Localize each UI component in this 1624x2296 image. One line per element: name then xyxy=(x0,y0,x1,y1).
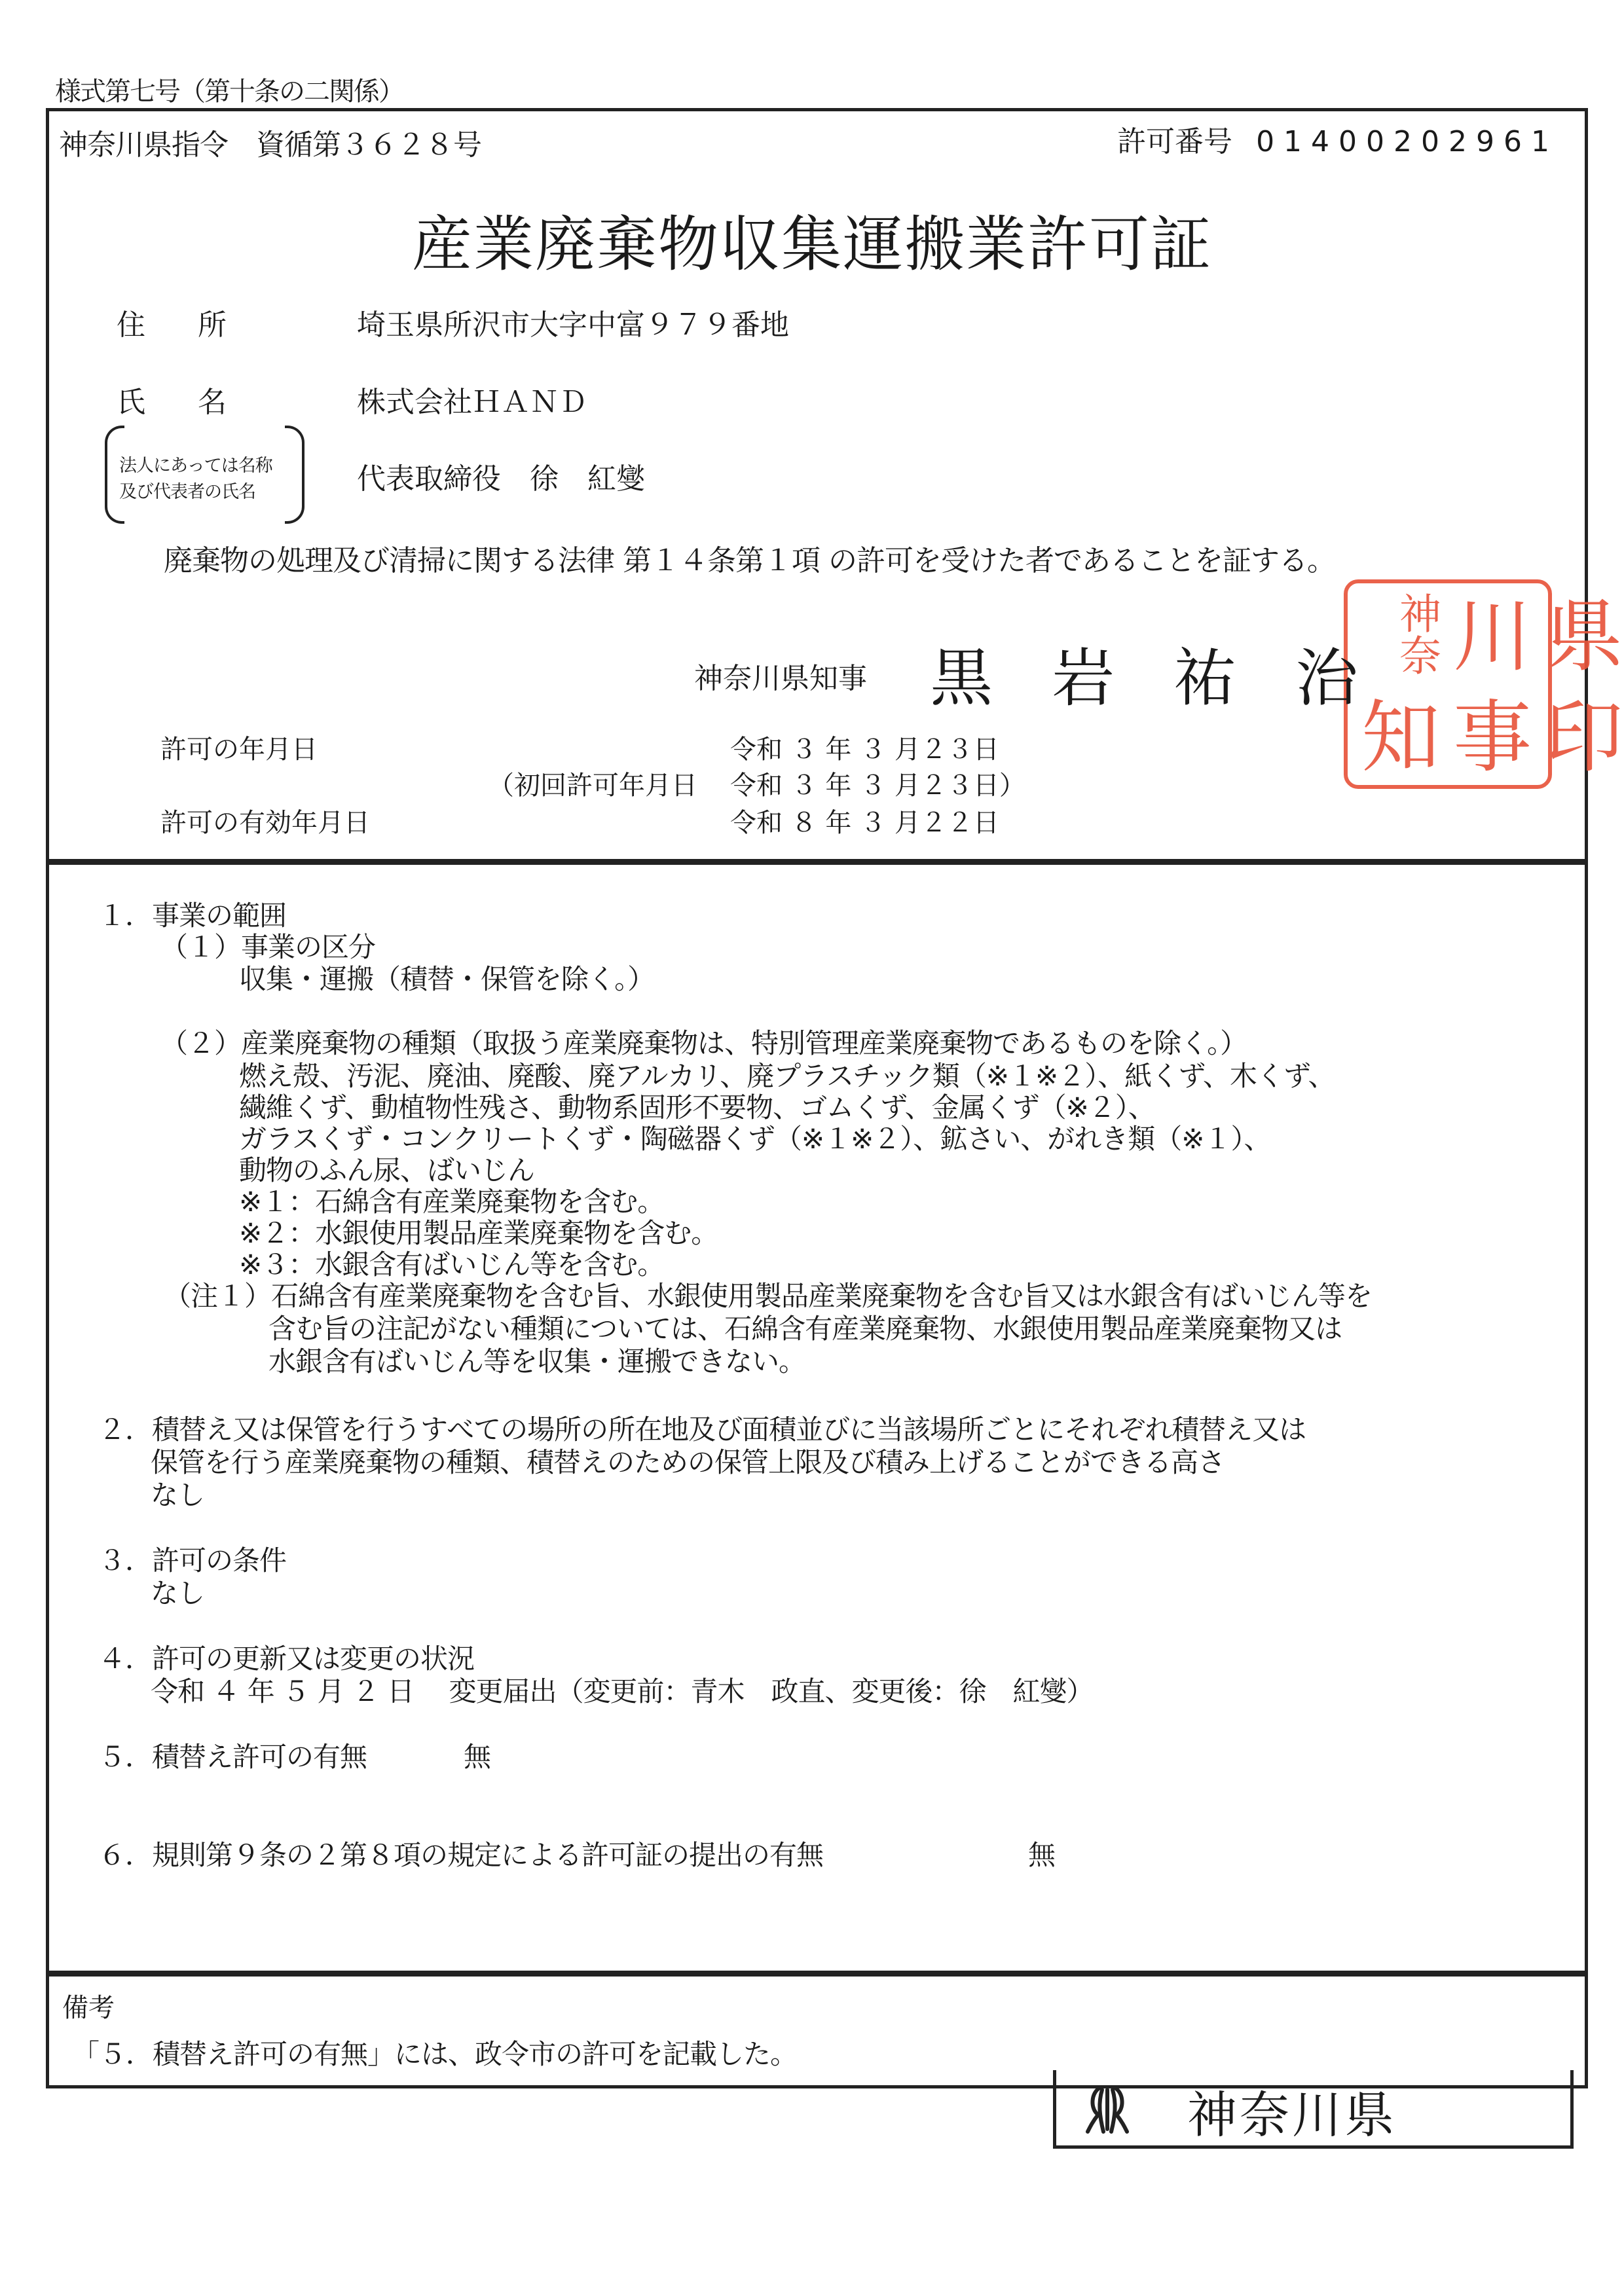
section-2-heading-line2: 保管を行う産業廃棄物の種類、積替えのための保管上限及び積み上げることができる高さ xyxy=(151,1447,1225,1478)
seal-char: 印 xyxy=(1531,684,1623,785)
note-1-line1: （注１）石綿含有産業廃棄物を含む旨、水銀使用製品産業廃棄物を含む旨又は水銀含有ば… xyxy=(164,1281,1372,1312)
expiry-date: 令和 ８ 年 ３ 月２２日 xyxy=(730,802,999,839)
note-1-line3: 水銀含有ばいじん等を収集・運搬できない。 xyxy=(268,1346,805,1377)
section-6-heading: ６．規則第９条の２第８項の規定による許可証の提出の有無 xyxy=(98,1840,823,1871)
permit-number: 01400202961 xyxy=(1256,125,1559,158)
seal-char: 事 xyxy=(1439,684,1531,785)
corporate-note-line2: 及び代表者の氏名 xyxy=(119,479,272,505)
divider-header-body xyxy=(46,859,1588,865)
first-permit-label: （初回許可年月日 xyxy=(488,765,697,802)
prefecture-name: 神奈川県 xyxy=(1187,2075,1397,2147)
section-3-heading: ３．許可の条件 xyxy=(98,1545,286,1576)
issuer-title: 神奈川県知事 xyxy=(694,655,867,697)
section-1-1-value: 収集・運搬（積替・保管を除く。） xyxy=(239,964,654,995)
remarks-heading: 備考 xyxy=(62,1987,115,2024)
footnote: ※１：石綿含有産業廃棄物を含む。 xyxy=(239,1186,1335,1218)
address-value: 埼玉県所沢市大字中富９７９番地 xyxy=(357,301,789,343)
footnote: ※２：水銀使用製品産業廃棄物を含む。 xyxy=(239,1218,1335,1249)
first-permit-date: 令和 ３ 年 ３ 月２３日） xyxy=(730,765,1025,802)
remarks-text: 「５．積替え許可の有無」には、政令市の許可を記載した。 xyxy=(72,2033,797,2072)
company-name: 株式会社ＨＡＮＤ xyxy=(357,378,587,420)
right-bracket xyxy=(285,426,304,524)
address-label: 住所 xyxy=(117,301,279,343)
section-4-value: 令和 ４ 年 ５ 月 ２ 日 変更届出（変更前：青木 政直、変更後：徐 紅燮） xyxy=(151,1676,1093,1707)
section-1-heading: １．事業の範囲 xyxy=(98,900,286,932)
section-5-value: 無 xyxy=(464,1741,490,1773)
expiry-date-label: 許可の有効年月日 xyxy=(160,802,370,839)
certificate-title: 産業廃棄物収集運搬業許可証 xyxy=(0,196,1624,283)
governor-name: 黒岩祐治 xyxy=(930,629,1417,718)
form-number: 様式第七号（第十条の二関係） xyxy=(55,71,403,108)
certification-statement: 廃棄物の処理及び清掃に関する法律 第１４条第１項 の許可を受けた者であることを証… xyxy=(164,537,1335,579)
seal-char: 県 xyxy=(1531,583,1623,684)
corporate-note-line1: 法人にあっては名称 xyxy=(119,453,272,479)
permit-number-row: 許可番号01400202961 xyxy=(1117,118,1559,160)
kanagawa-emblem-icon xyxy=(1084,2083,1131,2136)
section-6-value: 無 xyxy=(1028,1840,1055,1871)
waste-line: 繊維くず、動植物性残さ、動物系固形不要物、ゴムくず、金属くず（※２）、 xyxy=(239,1092,1335,1123)
prefecture-footer: 神奈川県 xyxy=(1053,2070,1574,2149)
section-4-heading: ４．許可の更新又は変更の状況 xyxy=(98,1643,474,1675)
section-2-heading-line1: ２．積替え又は保管を行うすべての場所の所在地及び面積並びに当該場所ごとにそれぞれ… xyxy=(98,1414,1306,1446)
divider-body-remarks xyxy=(46,1971,1588,1977)
waste-types-list: 燃え殻、汚泥、廃油、廃酸、廃アルカリ、廃プラスチック類（※１※２）、紙くず、木く… xyxy=(239,1061,1335,1281)
directive-number: 神奈川県指令 資循第３６２８号 xyxy=(59,121,481,163)
waste-line: ガラスくず・コンクリートくず・陶磁器くず（※１※２）、鉱さい、がれき類（※１）、 xyxy=(239,1123,1335,1155)
section-2-value: なし xyxy=(151,1480,204,1511)
waste-line: 動物のふん尿、ばいじん xyxy=(239,1155,1335,1186)
section-1-1-heading: （１）事業の区分 xyxy=(160,932,375,963)
note-1-line2: 含む旨の注記がない種類については、石綿含有産業廃棄物、水銀使用製品産業廃棄物又は xyxy=(268,1313,1342,1345)
seal-char: 川 xyxy=(1439,583,1531,684)
section-5-heading: ５．積替え許可の有無 xyxy=(98,1741,367,1773)
section-1-2-heading: （２）産業廃棄物の種類（取扱う産業廃棄物は、特別管理産業廃棄物であるものを除く。… xyxy=(160,1028,1247,1059)
permit-date-label: 許可の年月日 xyxy=(160,729,318,766)
representative-name: 代表取締役 徐 紅燮 xyxy=(357,455,645,497)
section-3-value: なし xyxy=(151,1578,204,1609)
permit-number-label: 許可番号 xyxy=(1117,125,1232,158)
name-label: 氏名 xyxy=(117,378,279,420)
footnote: ※３：水銀含有ばいじん等を含む。 xyxy=(239,1249,1335,1281)
permit-date: 令和 ３ 年 ３ 月２３日 xyxy=(730,729,999,766)
waste-line: 燃え殻、汚泥、廃油、廃酸、廃アルカリ、廃プラスチック類（※１※２）、紙くず、木く… xyxy=(239,1061,1335,1092)
corporate-note: 法人にあっては名称 及び代表者の氏名 xyxy=(105,426,304,524)
